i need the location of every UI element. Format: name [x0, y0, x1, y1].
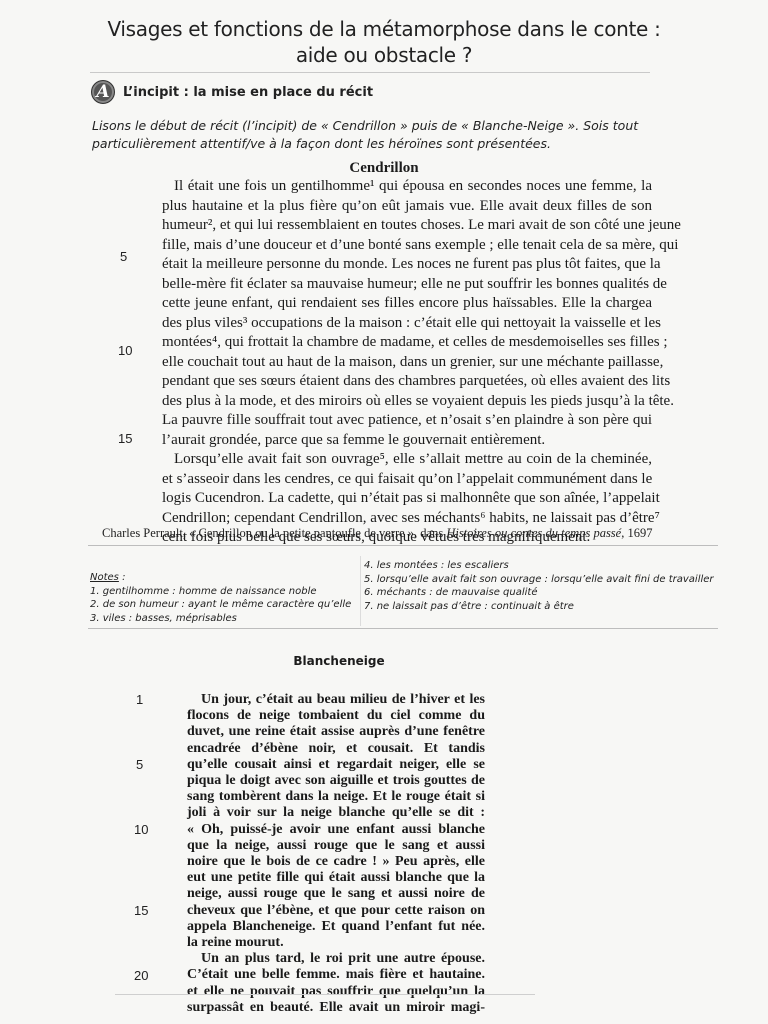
- line-number: 5: [120, 249, 127, 264]
- text-line: « Oh, puissé-je avoir une enfant aussi b…: [187, 822, 485, 838]
- text-line: cheveux que l’ébène, et que pour cette r…: [187, 903, 485, 919]
- text-line: pendant que ses sœurs étaient dans des c…: [162, 372, 652, 392]
- title-line-2: aide ou obstacle ?: [0, 42, 768, 68]
- text-line: humeur², et qui lui ressemblaient en tou…: [162, 216, 652, 236]
- note-item: 2. de son humeur : ayant le même caractè…: [90, 598, 351, 612]
- text-line: l’aurait grondée, parce que sa femme le …: [162, 431, 652, 451]
- cendrillon-title: Cendrillon: [0, 160, 768, 177]
- text-line: C’était une belle femme. mais fière et h…: [187, 967, 485, 983]
- section-letter-badge-icon: A: [91, 80, 115, 104]
- text-line: que la neige, aussi rouge que le sang et…: [187, 838, 485, 854]
- page-title: Visages et fonctions de la métamorphose …: [0, 16, 768, 68]
- note-item: 7. ne laissait pas d’être : continuait à…: [364, 600, 714, 614]
- line-number: 1: [136, 692, 143, 707]
- source-book: Histoires ou contes du temps passé: [446, 526, 621, 540]
- instructions-line: Lisons le début de récit (l’incipit) de …: [92, 117, 652, 135]
- text-line: cette jeune enfant, qui rendaient ses fi…: [162, 294, 652, 314]
- bottom-divider: [115, 994, 535, 995]
- text-line: des plus viles³ occupations de la maison…: [162, 314, 652, 334]
- text-line: duvet, une reine était assise auprès d’u…: [187, 724, 485, 740]
- source-divider: [88, 545, 718, 546]
- line-number: 15: [118, 431, 132, 446]
- text-line: eut une petite fille qui était aussi bla…: [187, 870, 485, 886]
- notes-heading: Notes :: [90, 571, 351, 585]
- text-line: et elle ne pouvait pas souffrir que quel…: [187, 984, 485, 1000]
- note-item: 4. les montées : les escaliers: [364, 559, 714, 573]
- notes-heading-colon: :: [119, 572, 126, 583]
- note-item: 1. gentilhomme : homme de naissance nobl…: [90, 585, 351, 599]
- notes-right: 4. les montées : les escaliers 5. lorsqu…: [364, 559, 714, 613]
- text-line: La pauvre fille souffrait tout avec pati…: [162, 411, 652, 431]
- section-heading: A L’incipit : la mise en place du récit: [91, 80, 373, 104]
- section-label: L’incipit : la mise en place du récit: [123, 85, 373, 100]
- text-line: la reine mourut.: [187, 935, 485, 951]
- line-number: 20: [134, 968, 148, 983]
- text-line: plus hautaine et la plus fière qu’on eût…: [162, 197, 652, 217]
- text-line: des plus à la mode, et des miroirs où el…: [162, 392, 652, 412]
- title-divider: [90, 72, 650, 73]
- instructions-line: particulièrement attentif/ve à la façon …: [92, 135, 652, 153]
- line-number: 15: [134, 903, 148, 918]
- text-line: encadrée d’ébène noir, et cousait. Et ta…: [187, 741, 485, 757]
- notes-divider: [88, 628, 718, 629]
- text-line: surpassât en beauté. Elle avait un miroi…: [187, 1000, 485, 1016]
- line-number: 10: [134, 822, 148, 837]
- instructions: Lisons le début de récit (l’incipit) de …: [92, 117, 652, 153]
- line-number: 5: [136, 757, 143, 772]
- line-number: 10: [118, 343, 132, 358]
- notes-column-divider: [360, 556, 361, 626]
- text-line: et s’asseoir dans les cendres, ce qui fa…: [162, 470, 652, 490]
- text-line: fille, mais d’une douceur et d’une bonté…: [162, 236, 652, 256]
- text-line: noire que le bois de ce cadre ! » Peu ap…: [187, 854, 485, 870]
- text-line: belle-mère fit éclater sa mauvaise humeu…: [162, 275, 652, 295]
- source-text: Charles Perrault, « Cendrillon ou la pet…: [102, 526, 446, 540]
- blancheneige-text: Un jour, c’était au beau milieu de l’hiv…: [187, 692, 485, 1016]
- text-line: montées⁴, qui frottait la chambre de mad…: [162, 333, 652, 353]
- title-line-1: Visages et fonctions de la métamorphose …: [0, 16, 768, 42]
- blancheneige-title: Blancheneige: [0, 654, 723, 668]
- text-line: appela Blancheneige. Et quand l’enfant f…: [187, 919, 485, 935]
- notes-heading-label: Notes: [90, 572, 119, 583]
- note-item: 6. méchants : de mauvaise qualité: [364, 586, 714, 600]
- source-citation: Charles Perrault, « Cendrillon ou la pet…: [102, 526, 652, 541]
- text-line: Il était une fois un gentilhomme¹ qui ép…: [162, 177, 652, 197]
- text-line: joli à voir sur la neige blanche qu’elle…: [187, 805, 485, 821]
- text-line: Un jour, c’était au beau milieu de l’hiv…: [187, 692, 485, 708]
- text-line: elle couchait tout au haut de la maison,…: [162, 353, 652, 373]
- note-item: 3. viles : basses, méprisables: [90, 612, 351, 626]
- text-line: Un an plus tard, le roi prit une autre é…: [187, 951, 485, 967]
- text-line: logis Cucendron. La cadette, qui n’était…: [162, 489, 652, 509]
- text-line: neige, aussi rouge que le sang et aussi …: [187, 886, 485, 902]
- cendrillon-text: Il était une fois un gentilhomme¹ qui ép…: [162, 177, 652, 548]
- note-item: 5. lorsqu’elle avait fait son ouvrage : …: [364, 573, 714, 587]
- text-line: Lorsqu’elle avait fait son ouvrage⁵, ell…: [162, 450, 652, 470]
- text-line: était la meilleure personne du monde. Le…: [162, 255, 652, 275]
- source-year: , 1697: [621, 526, 652, 540]
- notes-left: Notes : 1. gentilhomme : homme de naissa…: [90, 571, 351, 625]
- text-line: flocons de neige tombaient du ciel comme…: [187, 708, 485, 724]
- text-line: qu’elle cousait ainsi et regardait neige…: [187, 757, 485, 773]
- text-line: piqua le doigt avec son aiguille et troi…: [187, 773, 485, 789]
- text-line: sang tombèrent dans la neige. Et le roug…: [187, 789, 485, 805]
